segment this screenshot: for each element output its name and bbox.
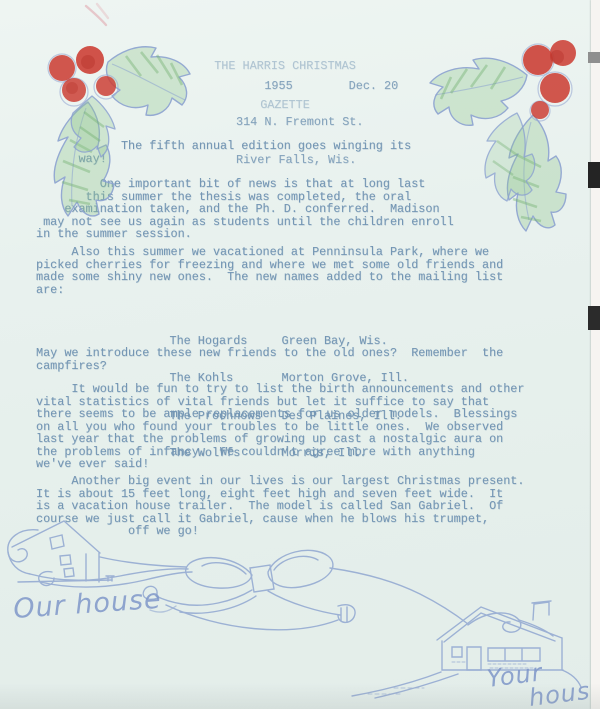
- scan-artifact-mark: [588, 162, 600, 188]
- paragraph-vacation: Also this summer we vacationed at Pennin…: [36, 246, 503, 296]
- holly-decoration-top-left: [0, 0, 225, 235]
- pink-smudge-mark: [86, 4, 108, 25]
- holly-decoration-top-right: [405, 15, 600, 245]
- scanner-edge-strip: [591, 0, 600, 709]
- address-street: 314 N. Fremont St.: [236, 116, 363, 129]
- paragraph-introduce: May we introduce these new friends to th…: [36, 347, 503, 372]
- scan-artifact-mark: [588, 306, 600, 330]
- ribbon-right-drawing: [330, 568, 468, 624]
- ribbon-left-drawing: [8, 530, 192, 587]
- holly-leaves: [54, 47, 190, 216]
- scan-artifact-mark: [588, 52, 600, 63]
- scanned-letter-page: THE HARRIS CHRISTMAS GAZETTE 1955Dec. 20…: [0, 0, 600, 709]
- our-house-label: Our house: [12, 584, 162, 625]
- paragraph-births: It would be fun to try to list the birth…: [36, 383, 524, 471]
- holly-berries: [522, 40, 576, 121]
- mailing-list-row: The HogardsGreen Bay, Wis.: [127, 322, 409, 335]
- ribbon-bow-drawing: [143, 550, 355, 629]
- bottom-illustration: Our house Your house: [0, 512, 600, 709]
